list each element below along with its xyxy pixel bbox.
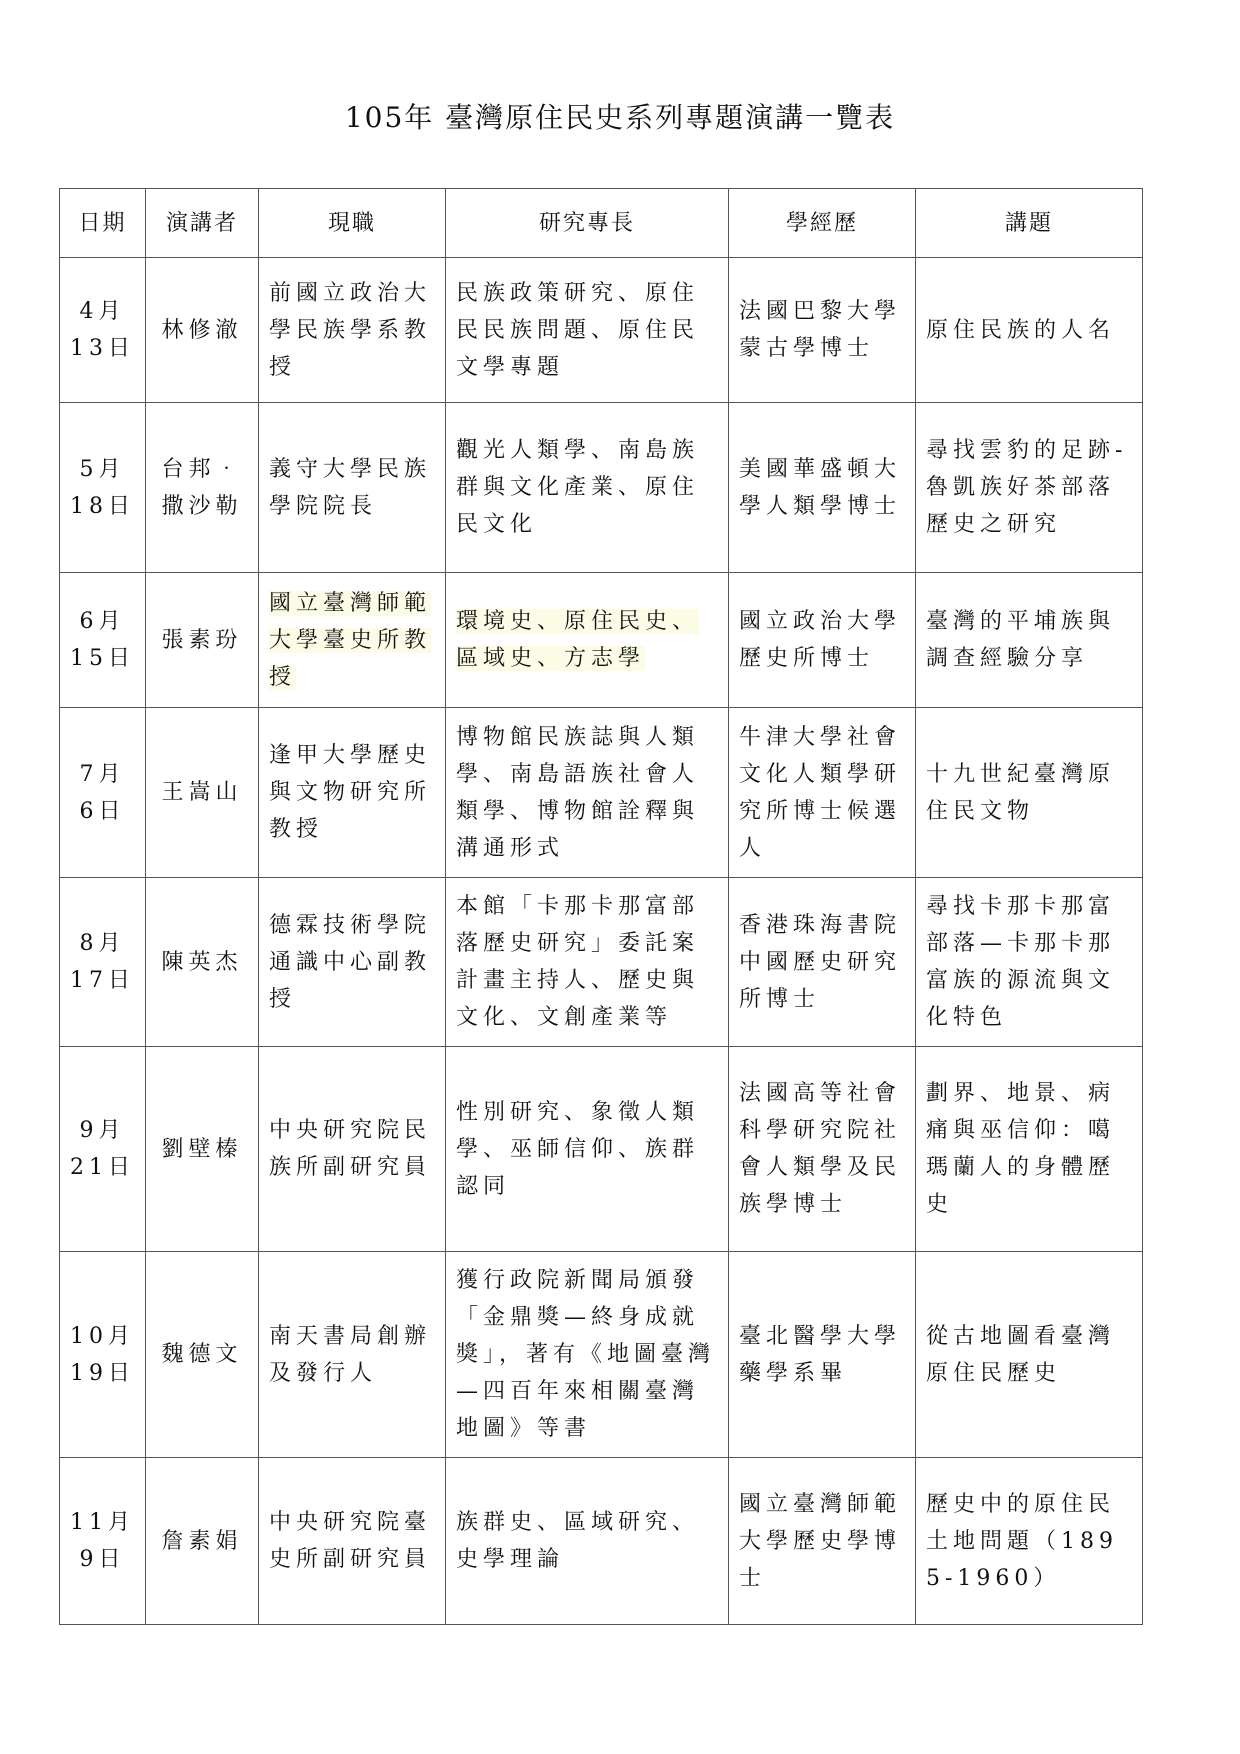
day: 13日 bbox=[70, 330, 135, 367]
highlighted-text: 國立臺灣師範大學臺史所教授 bbox=[269, 591, 431, 690]
table-row: 6月15日 張素玢 國立臺灣師範大學臺史所教授 環境史、原住民史、區域史、方志學… bbox=[60, 573, 1143, 708]
table-row: 5月18日 台邦‧撒沙勒 義守大學民族學院院長 觀光人類學、南島族群與文化產業、… bbox=[60, 403, 1143, 573]
education-cell: 美國華盛頓大學人類學博士 bbox=[729, 403, 916, 573]
month: 7月 bbox=[70, 756, 135, 793]
expertise-cell: 獲行政院新聞局頒發「金鼎獎—終身成就獎」，著有《地圖臺灣—四百年來相關臺灣地圖》… bbox=[446, 1252, 729, 1458]
header-expertise: 研究專長 bbox=[446, 189, 729, 258]
expertise-cell: 民族政策研究、原住民民族問題、原住民文學專題 bbox=[446, 258, 729, 403]
date-cell: 4月13日 bbox=[60, 258, 146, 403]
page-title: 105年 臺灣原住民史系列專題演講一覽表 bbox=[0, 96, 1240, 136]
position-cell: 國立臺灣師範大學臺史所教授 bbox=[259, 573, 446, 708]
month: 4月 bbox=[70, 293, 135, 330]
table-header-row: 日期 演講者 現職 研究專長 學經歷 講題 bbox=[60, 189, 1143, 258]
education-cell: 法國高等社會科學研究院社會人類學及民族學博士 bbox=[729, 1047, 916, 1252]
topic-cell: 劃界、地景、病痛與巫信仰：噶瑪蘭人的身體歷史 bbox=[916, 1047, 1143, 1252]
expertise-cell: 博物館民族誌與人類學、南島語族社會人類學、博物館詮釋與溝通形式 bbox=[446, 708, 729, 878]
table-row: 8月17日 陳英杰 德霖技術學院通識中心副教授 本館「卡那卡那富部落歷史研究」委… bbox=[60, 878, 1143, 1047]
header-date: 日期 bbox=[60, 189, 146, 258]
day: 9日 bbox=[70, 1541, 135, 1578]
expertise-cell: 本館「卡那卡那富部落歷史研究」委託案計畫主持人、歷史與文化、文創產業等 bbox=[446, 878, 729, 1047]
topic-cell: 從古地圖看臺灣原住民歷史 bbox=[916, 1252, 1143, 1458]
table-row: 11月9日 詹素娟 中央研究院臺史所副研究員 族群史、區域研究、史學理論 國立臺… bbox=[60, 1458, 1143, 1625]
speaker-cell: 劉壁榛 bbox=[146, 1047, 259, 1252]
topic-cell: 原住民族的人名 bbox=[916, 258, 1143, 403]
topic-cell: 十九世紀臺灣原住民文物 bbox=[916, 708, 1143, 878]
education-cell: 香港珠海書院中國歷史研究所博士 bbox=[729, 878, 916, 1047]
speaker-cell: 陳英杰 bbox=[146, 878, 259, 1047]
expertise-cell: 觀光人類學、南島族群與文化產業、原住民文化 bbox=[446, 403, 729, 573]
education-cell: 國立政治大學歷史所博士 bbox=[729, 573, 916, 708]
day: 21日 bbox=[70, 1149, 135, 1186]
topic-cell: 尋找卡那卡那富部落—卡那卡那富族的源流與文化特色 bbox=[916, 878, 1143, 1047]
expertise-cell: 族群史、區域研究、史學理論 bbox=[446, 1458, 729, 1625]
header-education: 學經歷 bbox=[729, 189, 916, 258]
topic-cell: 臺灣的平埔族與調查經驗分享 bbox=[916, 573, 1143, 708]
date-cell: 9月21日 bbox=[60, 1047, 146, 1252]
position-cell: 中央研究院民族所副研究員 bbox=[259, 1047, 446, 1252]
date-cell: 5月18日 bbox=[60, 403, 146, 573]
table-row: 4月13日 林修澈 前國立政治大學民族學系教授 民族政策研究、原住民民族問題、原… bbox=[60, 258, 1143, 403]
expertise-cell: 環境史、原住民史、區域史、方志學 bbox=[446, 573, 729, 708]
position-cell: 義守大學民族學院院長 bbox=[259, 403, 446, 573]
month: 11月 bbox=[70, 1504, 135, 1541]
speaker-cell: 台邦‧撒沙勒 bbox=[146, 403, 259, 573]
day: 18日 bbox=[70, 488, 135, 525]
header-speaker: 演講者 bbox=[146, 189, 259, 258]
month: 5月 bbox=[70, 451, 135, 488]
position-cell: 南天書局創辦及發行人 bbox=[259, 1252, 446, 1458]
table-row: 9月21日 劉壁榛 中央研究院民族所副研究員 性別研究、象徵人類學、巫師信仰、族… bbox=[60, 1047, 1143, 1252]
date-cell: 8月17日 bbox=[60, 878, 146, 1047]
speaker-cell: 張素玢 bbox=[146, 573, 259, 708]
speaker-cell: 魏德文 bbox=[146, 1252, 259, 1458]
month: 10月 bbox=[70, 1318, 135, 1355]
education-cell: 國立臺灣師範大學歷史學博士 bbox=[729, 1458, 916, 1625]
table-row: 7月6日 王嵩山 逢甲大學歷史與文物研究所教授 博物館民族誌與人類學、南島語族社… bbox=[60, 708, 1143, 878]
date-cell: 11月9日 bbox=[60, 1458, 146, 1625]
day: 17日 bbox=[70, 962, 135, 999]
day: 15日 bbox=[70, 640, 135, 677]
header-position: 現職 bbox=[259, 189, 446, 258]
expertise-cell: 性別研究、象徵人類學、巫師信仰、族群認同 bbox=[446, 1047, 729, 1252]
day: 19日 bbox=[70, 1355, 135, 1392]
position-cell: 逢甲大學歷史與文物研究所教授 bbox=[259, 708, 446, 878]
table-row: 10月19日 魏德文 南天書局創辦及發行人 獲行政院新聞局頒發「金鼎獎—終身成就… bbox=[60, 1252, 1143, 1458]
header-topic: 講題 bbox=[916, 189, 1143, 258]
position-cell: 中央研究院臺史所副研究員 bbox=[259, 1458, 446, 1625]
education-cell: 牛津大學社會文化人類學研究所博士候選人 bbox=[729, 708, 916, 878]
lecture-schedule-table: 日期 演講者 現職 研究專長 學經歷 講題 4月13日 林修澈 前國立政治大學民… bbox=[59, 188, 1143, 1625]
date-cell: 10月19日 bbox=[60, 1252, 146, 1458]
date-cell: 6月15日 bbox=[60, 573, 146, 708]
education-cell: 臺北醫學大學藥學系畢 bbox=[729, 1252, 916, 1458]
topic-cell: 歷史中的原住民土地問題（1895-1960） bbox=[916, 1458, 1143, 1625]
speaker-cell: 王嵩山 bbox=[146, 708, 259, 878]
day: 6日 bbox=[70, 793, 135, 830]
month: 8月 bbox=[70, 925, 135, 962]
date-cell: 7月6日 bbox=[60, 708, 146, 878]
topic-cell: 尋找雲豹的足跡-魯凱族好茶部落歷史之研究 bbox=[916, 403, 1143, 573]
position-cell: 前國立政治大學民族學系教授 bbox=[259, 258, 446, 403]
highlighted-text: 環境史、原住民史、區域史、方志學 bbox=[456, 609, 699, 671]
position-cell: 德霖技術學院通識中心副教授 bbox=[259, 878, 446, 1047]
month: 6月 bbox=[70, 603, 135, 640]
education-cell: 法國巴黎大學蒙古學博士 bbox=[729, 258, 916, 403]
speaker-cell: 林修澈 bbox=[146, 258, 259, 403]
speaker-cell: 詹素娟 bbox=[146, 1458, 259, 1625]
month: 9月 bbox=[70, 1112, 135, 1149]
